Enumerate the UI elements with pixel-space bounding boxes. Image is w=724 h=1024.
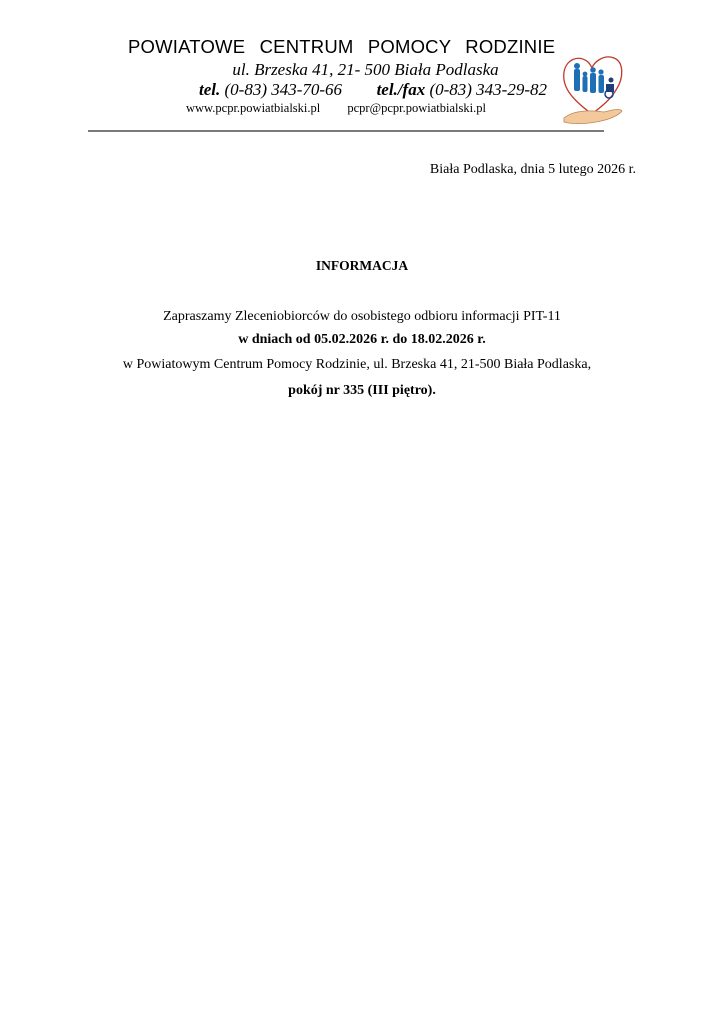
tel-label: tel. [199, 80, 220, 99]
email-link[interactable]: pcpr@pcpr.powiatbialski.pl [347, 101, 486, 115]
website-link[interactable]: www.pcpr.powiatbialski.pl [186, 101, 320, 115]
family-heart-hand-logo-icon [560, 48, 624, 128]
header-divider [88, 130, 604, 132]
fax-label: tel./fax [377, 80, 426, 99]
contact-phones: tel. (0-83) 343-70-66 tel./fax (0-83) 34… [199, 80, 547, 100]
fax-value: (0-83) 343-29-82 [429, 80, 547, 99]
organization-name: POWIATOWE CENTRUM POMOCY RODZINIE [128, 36, 582, 58]
date-range-text: w dniach od 05.02.2026 r. do 18.02.2026 … [0, 332, 724, 348]
location-text: w Powiatowym Centrum Pomocy Rodzinie, ul… [0, 357, 724, 373]
document-title: INFORMACJA [0, 258, 724, 274]
invitation-text: Zapraszamy Zleceniobiorców do osobistego… [0, 309, 724, 325]
room-text: pokój nr 335 (III piętro). [0, 383, 724, 399]
date-line: Biała Podlaska, dnia 5 lutego 2026 r. [430, 162, 636, 178]
tel-value: (0-83) 343-70-66 [225, 80, 343, 99]
contact-links: www.pcpr.powiatbialski.pl pcpr@pcpr.powi… [186, 101, 486, 116]
